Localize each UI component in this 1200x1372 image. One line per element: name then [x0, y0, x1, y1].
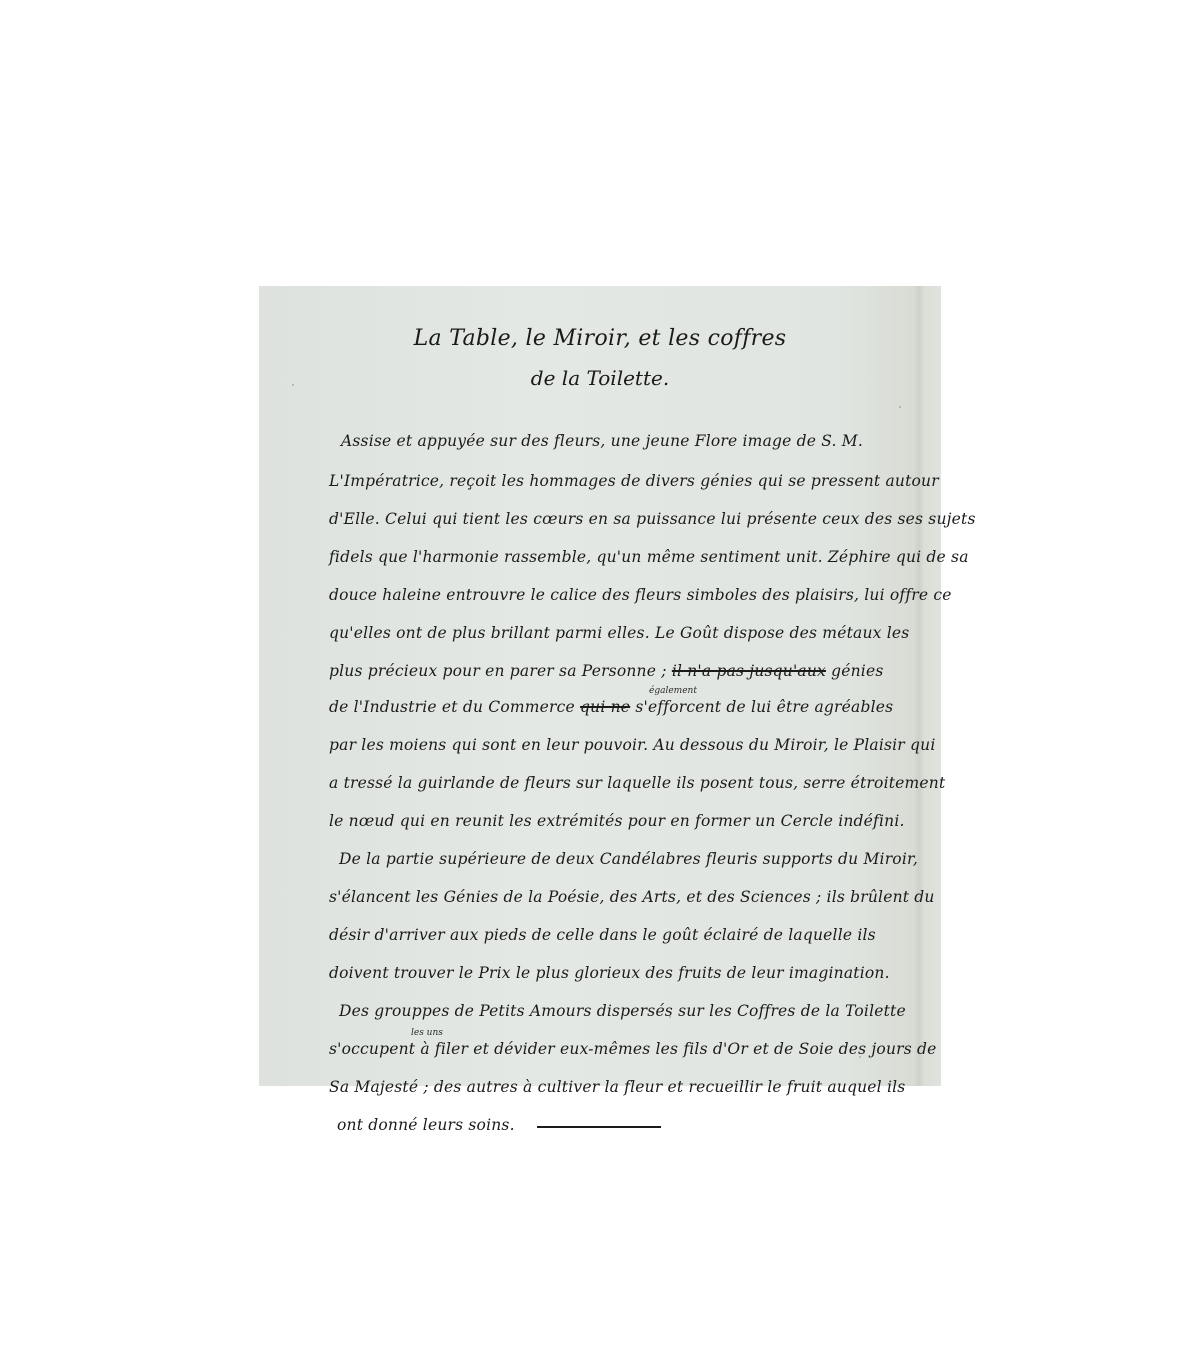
- text-line: le nœud qui en reunit les extrémités pou…: [329, 812, 905, 830]
- title-line-1: La Table, le Miroir, et les coffres: [259, 326, 941, 351]
- interlinear-insertion: également: [649, 686, 697, 696]
- text-line: a tressé la guirlande de fleurs sur laqu…: [329, 774, 945, 792]
- text-line: désir d'arriver aux pieds de celle dans …: [329, 926, 876, 944]
- struck-text: qui ne: [580, 698, 630, 716]
- text-segment: s'efforcent de lui être agréables: [635, 698, 893, 716]
- text-line: Des grouppes de Petits Amours dispersés …: [339, 1002, 906, 1020]
- text-line: d'Elle. Celui qui tient les cœurs en sa …: [329, 510, 976, 528]
- text-line: de l'Industrie et du Commerce qui ne s'e…: [329, 698, 893, 716]
- text-line: par les moiens qui sont en leur pouvoir.…: [329, 736, 936, 754]
- text-line: s'élancent les Génies de la Poésie, des …: [329, 888, 935, 906]
- text-line: Sa Majesté ; des autres à cultiver la fl…: [329, 1078, 905, 1096]
- manuscript-page: La Table, le Miroir, et les coffres de l…: [259, 286, 941, 1086]
- text-line: s'occupent à filer et dévider eux-mêmes …: [329, 1040, 937, 1058]
- paper-speck: [899, 406, 901, 408]
- text-line: plus précieux pour en parer sa Personne …: [329, 662, 884, 680]
- closing-rule: [537, 1126, 661, 1128]
- text-line: douce haleine entrouvre le calice des fl…: [329, 586, 952, 604]
- text-line: doivent trouver le Prix le plus glorieux…: [329, 964, 890, 982]
- text-line: Assise et appuyée sur des fleurs, une je…: [341, 432, 863, 450]
- paper-fold: [914, 286, 924, 1086]
- title-line-2: de la Toilette.: [259, 366, 941, 390]
- text-line: L'Impératrice, reçoit les hommages de di…: [329, 472, 939, 490]
- text-line: De la partie supérieure de deux Candélab…: [339, 850, 918, 868]
- text-segment: génies: [831, 662, 883, 680]
- struck-text: il n'a pas jusqu'aux: [672, 662, 826, 680]
- text-segment: de l'Industrie et du Commerce: [329, 698, 575, 716]
- interlinear-insertion: les uns: [411, 1028, 443, 1038]
- text-segment: plus précieux pour en parer sa Personne …: [329, 662, 667, 680]
- text-line: qu'elles ont de plus brillant parmi elle…: [329, 624, 909, 642]
- text-line: fidels que l'harmonie rassemble, qu'un m…: [329, 548, 969, 566]
- text-line: ont donné leurs soins.: [337, 1116, 515, 1134]
